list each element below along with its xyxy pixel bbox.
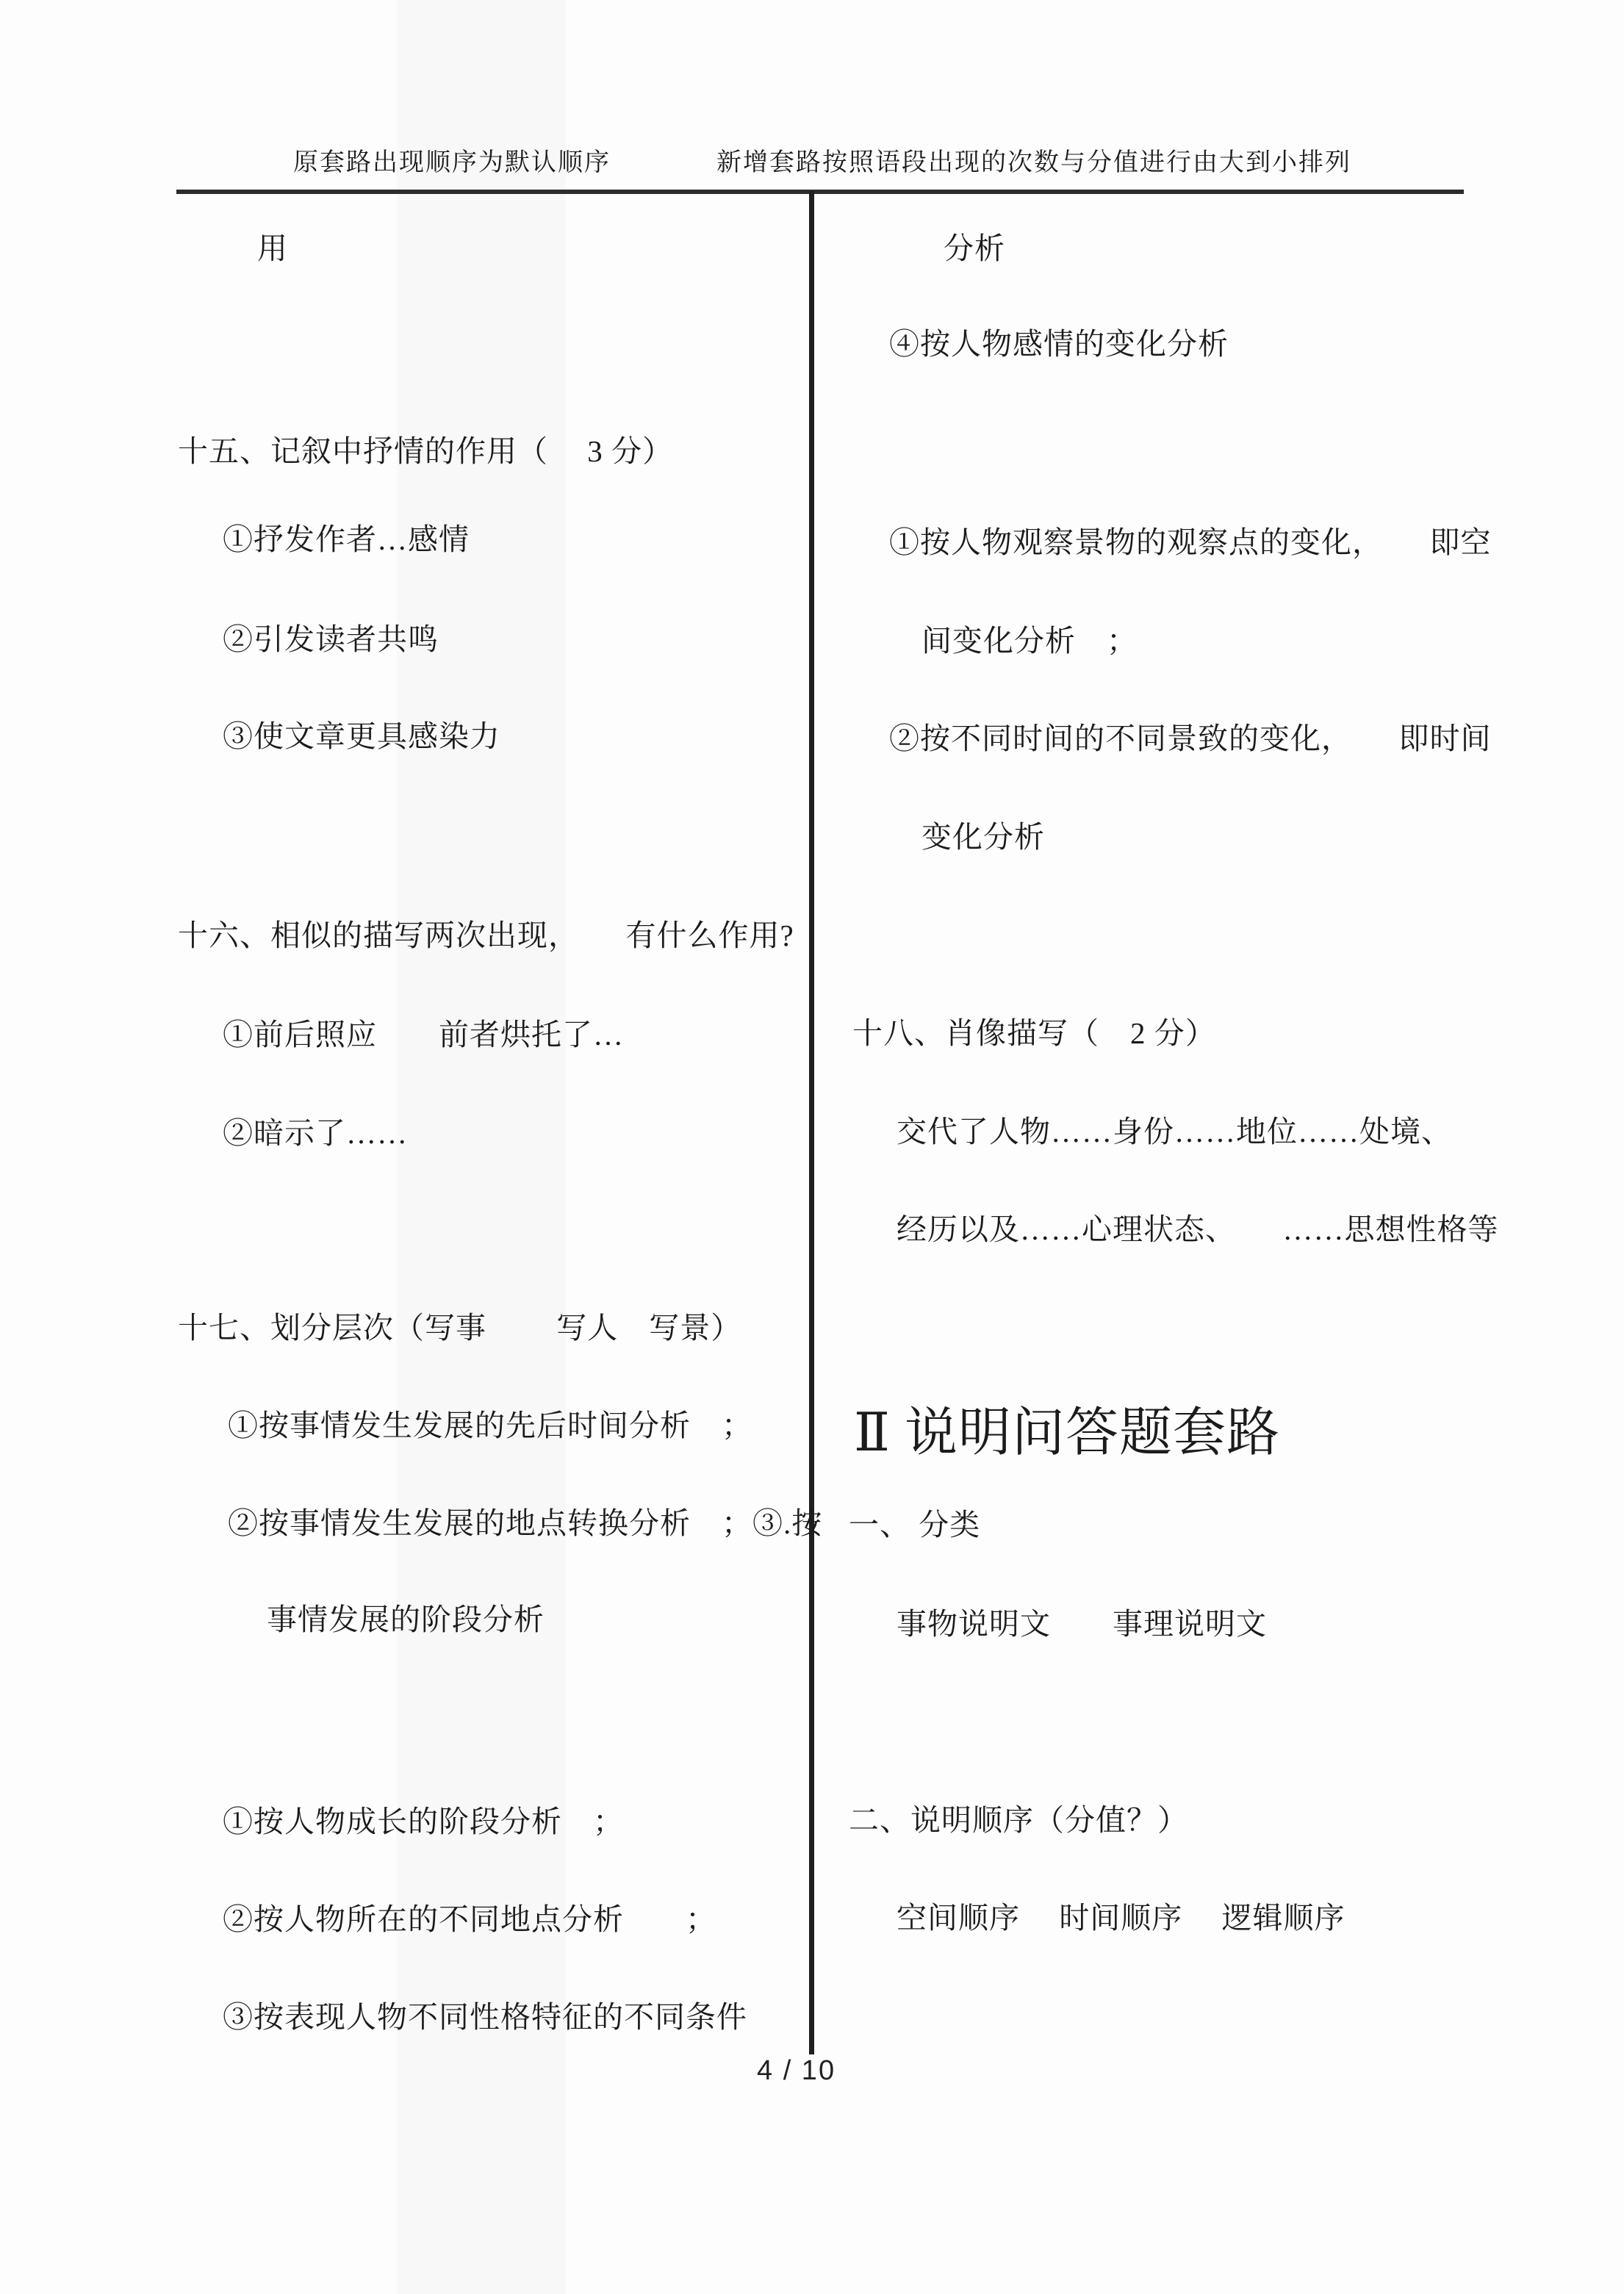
paragraph-tail-right: 分析 xyxy=(944,232,1005,265)
line-18-identity: 交代了人物……身份……地位……处境、 xyxy=(897,1115,1452,1148)
header-rule xyxy=(176,190,1464,194)
item-viewpoint-change: ①按人物观察景物的观察点的变化， 即空 xyxy=(889,526,1492,558)
heading-17: 十七、划分层次（写事 写人 写景） xyxy=(178,1312,741,1344)
heading-classification: 一、 分类 xyxy=(849,1509,980,1541)
part-2-title: Ⅱ 说明问答题套路 xyxy=(854,1405,1280,1462)
heading-18: 十八、肖像描写（ 2 分） xyxy=(852,1017,1216,1049)
item-17-emotion-change: ④按人物感情的变化分析 xyxy=(889,328,1229,360)
item-17-place-change: ②按事情发生发展的地点转换分析 ；③.按 xyxy=(228,1507,822,1539)
heading-15: 十五、记叙中抒情的作用（ 3 分） xyxy=(178,435,673,467)
item-scene-time-change: ②按不同时间的不同景致的变化， 即时间 xyxy=(889,722,1492,755)
heading-order: 二、说明顺序（分值？） xyxy=(849,1804,1188,1836)
column-divider xyxy=(809,191,814,2054)
item-17-traits: ③按表现人物不同性格特征的不同条件 xyxy=(223,2001,747,2033)
item-15-more-appeal: ③使文章更具感染力 xyxy=(223,720,500,752)
item-15-express-feeling: ①抒发作者…感情 xyxy=(223,523,470,555)
paragraph-tail-left: 用 xyxy=(257,232,288,265)
item-16-hint: ②暗示了…… xyxy=(223,1117,408,1149)
line-orders: 空间顺序 时间顺序 逻辑顺序 xyxy=(897,1902,1345,1934)
scan-artifact-band xyxy=(397,0,566,2294)
cont-space-analysis: 间变化分析 ； xyxy=(921,625,1138,657)
line-18-mentality: 经历以及……心理状态、 ……思想性格等 xyxy=(897,1213,1499,1245)
item-15-reader-resonance: ②引发读者共鸣 xyxy=(223,623,439,655)
item-17-growth-stage: ①按人物成长的阶段分析 ； xyxy=(223,1805,624,1838)
heading-16: 十六、相似的描写两次出现， 有什么作用? xyxy=(178,919,794,952)
item-17-diff-place: ②按人物所在的不同地点分析 ； xyxy=(223,1903,716,1935)
page-number: 4 / 10 xyxy=(757,2056,836,2086)
cont-change-analysis: 变化分析 xyxy=(921,821,1045,853)
document-page: 原套路出现顺序为默认顺序 新增套路按照语段出现的次数与分值进行由大到小排列 用十… xyxy=(0,0,1624,2294)
item-16-echo: ①前后照应 前者烘托了… xyxy=(223,1018,624,1051)
item-17-stage-cont: 事情发展的阶段分析 xyxy=(267,1603,545,1636)
item-17-time-order: ①按事情发生发展的先后时间分析 ； xyxy=(228,1409,752,1442)
line-classification: 事物说明文 事理说明文 xyxy=(897,1608,1267,1640)
page-header-note: 原套路出现顺序为默认顺序 新增套路按照语段出现的次数与分值进行由大到小排列 xyxy=(293,150,1351,177)
